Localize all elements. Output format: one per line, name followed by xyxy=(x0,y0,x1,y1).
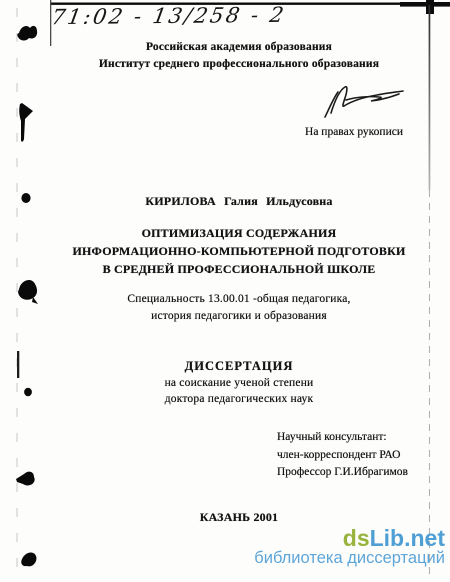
title-line-1: ОПТИМИЗАЦИЯ СОДЕРЖАНИЯ xyxy=(28,224,450,242)
dissertation-title: ОПТИМИЗАЦИЯ СОДЕРЖАНИЯ ИНФОРМАЦИОННО-КОМ… xyxy=(28,224,450,278)
scanned-dissertation-title-page: { "page": { "catalog_number": "71:02 - 1… xyxy=(0,0,450,582)
dslib-logo: dsLib.net xyxy=(254,528,445,549)
consultant-block: Научный консультант: член-корреспондент … xyxy=(277,429,408,482)
title-line-3: В СРЕДНЕЙ ПРОФЕССИОНАЛЬНОЙ ШКОЛЕ xyxy=(28,260,450,278)
document-type: ДИССЕРТАЦИЯ xyxy=(28,359,450,374)
specialty-line-2: история педагогики и образования xyxy=(28,310,450,322)
organization-line-1: Российская академия образования xyxy=(28,41,450,53)
degree-line-2: доктора педагогических наук xyxy=(28,393,450,405)
consultant-rank: член-корреспондент РАО xyxy=(277,447,408,465)
organization-line-2: Институт среднего профессионального обра… xyxy=(28,58,450,70)
signature-scribble xyxy=(325,87,403,117)
degree-line-1: на соискание ученой степени xyxy=(28,377,450,389)
author-name: КИРИЛОВА Галия Ильдусовна xyxy=(28,194,450,209)
specialty-line-1: Специальность 13.00.01 -общая педагогика… xyxy=(28,293,450,305)
consultant-label: Научный консультант: xyxy=(277,429,408,447)
manuscript-rights-note: На правах рукописи xyxy=(305,126,403,138)
dslib-logo-rest: Lib.net xyxy=(370,525,445,551)
consultant-name: Профессор Г.И.Ибрагимов xyxy=(277,464,408,482)
right-scan-edge-line xyxy=(429,5,431,578)
dslib-logo-ds: ds xyxy=(343,525,370,551)
scan-artifacts-layer xyxy=(0,0,450,582)
dslib-subtitle: библиотека диссертаций xyxy=(254,550,445,567)
title-line-2: ИНФОРМАЦИОННО-КОМПЬЮТЕРНОЙ ПОДГОТОВКИ xyxy=(28,242,450,260)
handwritten-catalog-number: 71:02 - 13/258 - 2 xyxy=(50,3,288,29)
dslib-watermark: dsLib.net библиотека диссертаций xyxy=(254,528,445,567)
city-year: КАЗАНЬ 2001 xyxy=(28,510,450,525)
